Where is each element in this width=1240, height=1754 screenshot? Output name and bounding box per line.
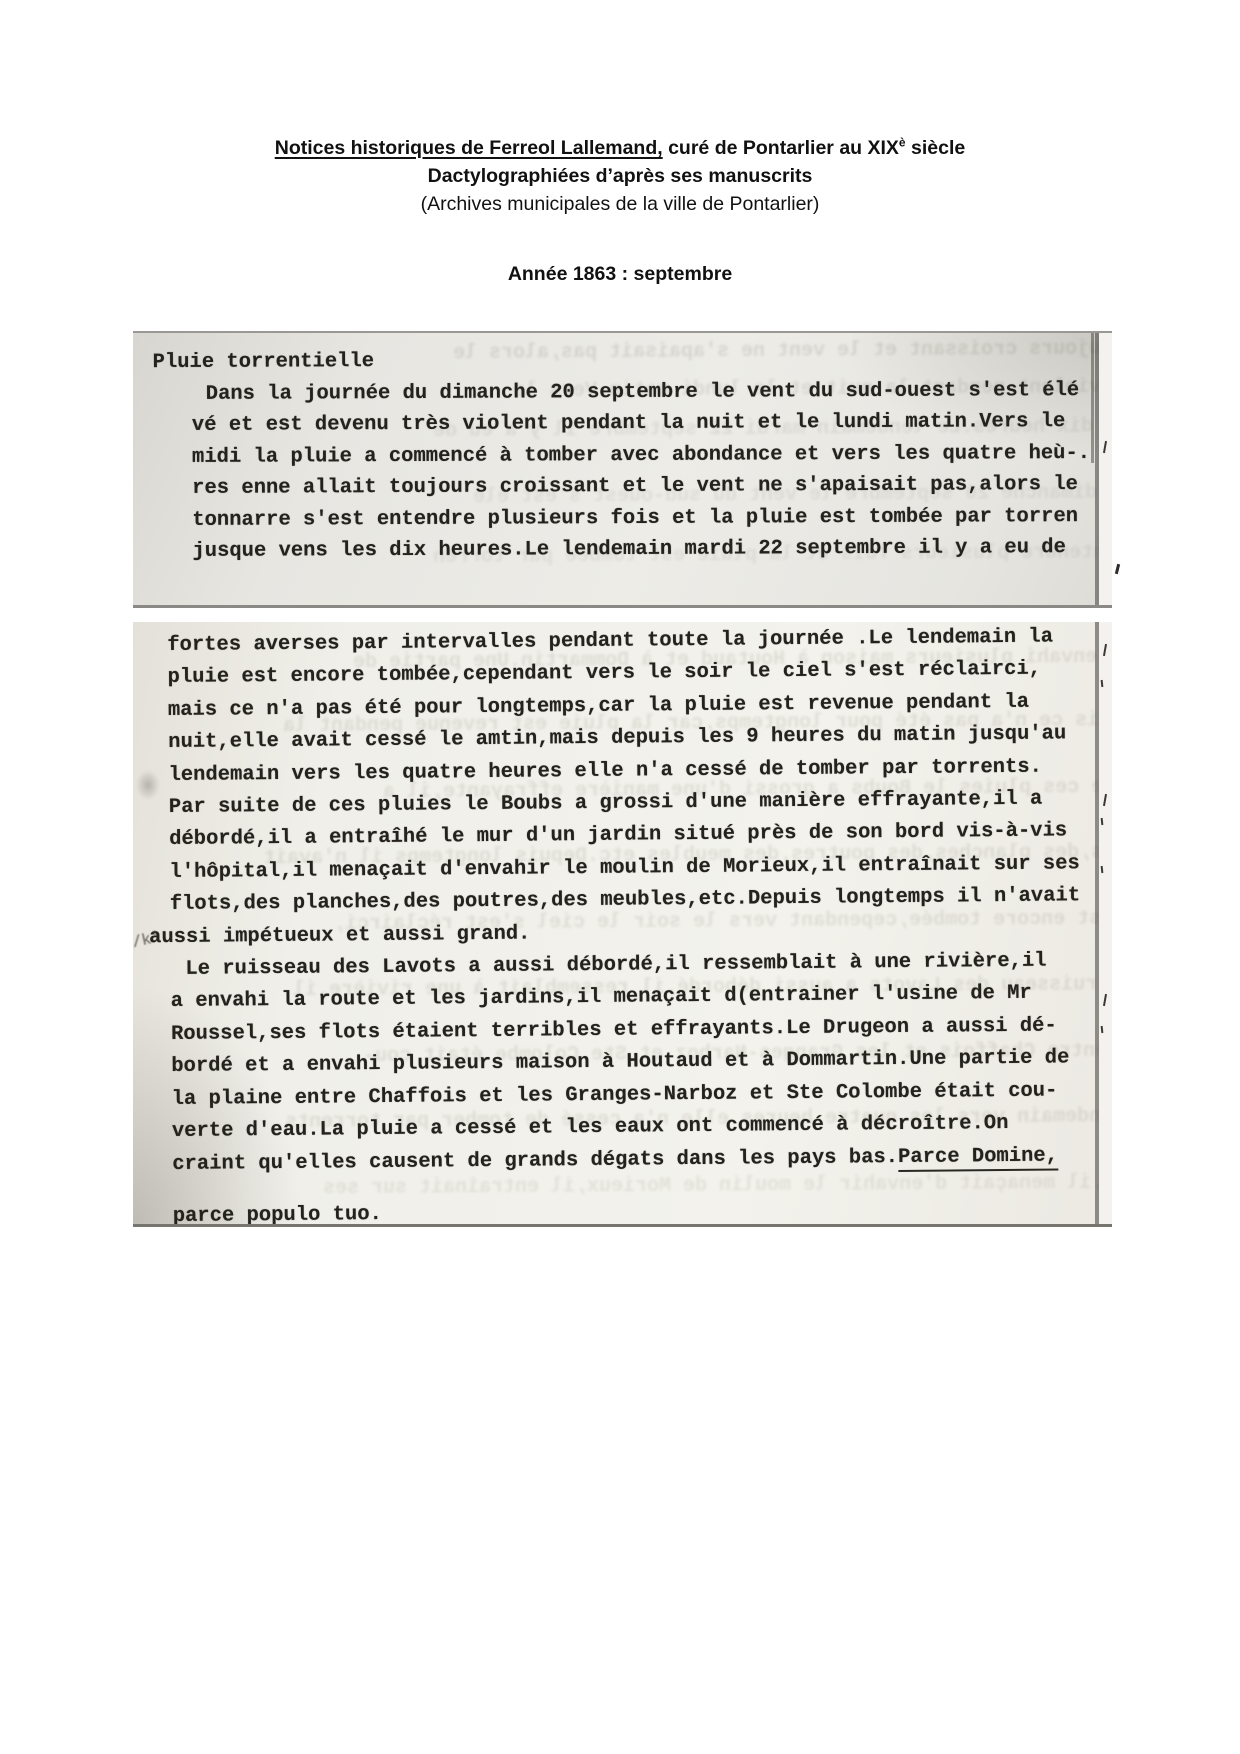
scan-edge-strip — [1099, 622, 1112, 1224]
typewriter-line: midi la pluie a commencé à tomber avec a… — [133, 437, 1112, 473]
typewriter-line-text: aussi impétueux et aussi grand. — [149, 922, 531, 949]
typewriter-line: vé et est devenu très violent pendant la… — [133, 406, 1112, 442]
latin-phrase-underlined: Parce Domine, — [898, 1144, 1058, 1172]
typewriter-line: Dans la journée du dimanche 20 septembre… — [133, 374, 1112, 410]
page-title: Notices historiques de Ferreol Lallemand… — [0, 134, 1240, 162]
document-header: Notices historiques de Ferreol Lallemand… — [0, 134, 1240, 218]
scan-edge-shadow — [1095, 622, 1099, 1224]
scan-block-2: bordé et a envahi plusieurs maison à Hou… — [133, 622, 1112, 1227]
typewriter-text-block-2: fortes averses par intervalles pendant t… — [133, 622, 1112, 1227]
typewriter-line: jusque vens les dix heures.Le lendemain … — [133, 532, 1112, 568]
typewriter-heading: Pluie torrentielle — [133, 343, 1112, 379]
closing-line-text: craint qu'elles causent de grands dégats… — [172, 1146, 898, 1176]
document-subtitle: Dactylographiées d’après ses manuscrits — [0, 162, 1240, 190]
title-underlined-part: Notices historiques de Ferreol Lallemand… — [275, 137, 663, 159]
latin-phrase-underlined: parce populo tuo. — [173, 1203, 382, 1227]
scan-edge-shadow — [1091, 333, 1094, 463]
title-rest: curé de Pontarlier au XIX — [663, 137, 899, 159]
title-rest-end: siècle — [906, 137, 966, 159]
typewriter-line: res enne allait toujours croissant et le… — [133, 469, 1112, 505]
archive-note: (Archives municipales de la ville de Pon… — [0, 190, 1240, 218]
pen-mark — [1115, 564, 1120, 574]
title-superscript: è — [899, 136, 906, 150]
typewriter-line: tonnarre s'est entendre plusieurs fois e… — [133, 500, 1112, 536]
scan-block-1: res enne allait toujours croissant et le… — [133, 331, 1112, 608]
scan-edge-shadow — [1095, 333, 1099, 605]
date-heading: Année 1863 : septembre — [0, 263, 1240, 286]
typewriter-text-block-1: Pluie torrentielle Dans la journée du di… — [133, 331, 1112, 568]
typewriter-final-line: parce populo tuo. — [136, 1192, 1112, 1227]
scan-edge-strip — [1099, 333, 1112, 605]
